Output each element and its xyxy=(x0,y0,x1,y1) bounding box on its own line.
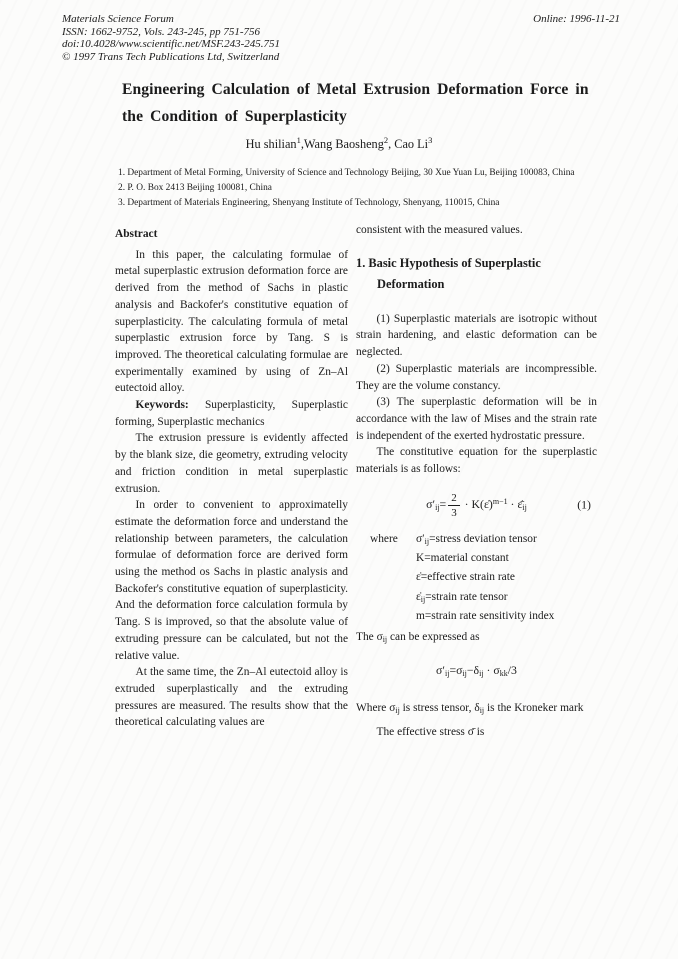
abstract-paragraph: In this paper, the calculating formulae … xyxy=(115,247,348,397)
journal-header: Materials Science Forum ISSN: 1662-9752,… xyxy=(62,13,620,64)
text-part: is the Kroneker mark xyxy=(484,702,583,714)
symbol: σ′ xyxy=(416,533,425,545)
paper-title: Engineering Calculation of Metal Extrusi… xyxy=(122,76,594,130)
eq1-exponent: m−1 xyxy=(493,497,508,506)
eq2-divide-by-3: /3 xyxy=(508,663,517,677)
journal-info-block: Materials Science Forum ISSN: 1662-9752,… xyxy=(62,13,280,64)
left-column: Abstract In this paper, the calculating … xyxy=(115,226,348,731)
equation-1-number: (1) xyxy=(577,497,591,514)
where-item-stress-deviation: σ′ij=stress deviation tensor xyxy=(416,531,597,550)
journal-name: Materials Science Forum xyxy=(62,13,280,26)
eq2-term-sigma-kk: · σ xyxy=(484,663,500,677)
continued-line: consistent with the measured values. xyxy=(356,222,597,239)
affiliation-2: 2. P. O. Box 2413 Beijing 100081, China xyxy=(118,181,604,196)
definition: =material constant xyxy=(424,552,509,564)
text-part: The xyxy=(356,631,377,643)
abstract-heading: Abstract xyxy=(115,226,348,243)
where-definitions: where σ′ij=stress deviation tensor K=mat… xyxy=(356,531,597,627)
eq1-fraction-numerator: 2 xyxy=(448,492,460,506)
intro-paragraph-2: In order to convenient to approximatelly… xyxy=(115,497,348,664)
author-affil-ref-3: 3 xyxy=(428,135,432,145)
doi-line: doi:10.4028/www.scientific.net/MSF.243-2… xyxy=(62,38,280,51)
equation-1: σ′ij=23 · K(ε̇)m−1 · ε̄̇ij(1) xyxy=(356,492,597,519)
eq1-middle-term: · K(ε̇) xyxy=(462,497,493,511)
equation-2: σ′ij=σij−δij · σkk/3 xyxy=(356,662,597,683)
text-part: can be expressed as xyxy=(387,631,479,643)
text-part: is stress tensor, xyxy=(400,702,475,714)
definition: =strain rate sensitivity index xyxy=(425,610,554,622)
eq1-fraction: 23 xyxy=(448,492,460,519)
expressed-as-line: The σij can be expressed as xyxy=(356,629,597,649)
definition: =strain rate tensor xyxy=(425,591,507,603)
eq1-dot-operator: · xyxy=(508,497,518,511)
keywords-line: Keywords: Superplasticity, Superplastic … xyxy=(115,397,348,430)
authors-line: Hu shilian1,Wang Baosheng2, Cao Li3 xyxy=(0,135,678,152)
hypothesis-item-2: (2) Superplastic materials are incompres… xyxy=(356,361,597,394)
definition: =stress deviation tensor xyxy=(429,533,537,545)
eq1-rhs-subscript: ij xyxy=(522,503,526,512)
where-items: σ′ij=stress deviation tensor K=material … xyxy=(416,531,597,627)
text-part: The effective stress xyxy=(377,726,468,738)
intro-paragraph-3: At the same time, the Zn–Al eutectoid al… xyxy=(115,664,348,731)
where-item-effective-strain-rate: ε̇=effective strain rate xyxy=(416,569,597,588)
text-part: Where xyxy=(356,702,389,714)
hypothesis-item-3: (3) The superplastic deformation will be… xyxy=(356,394,597,444)
where-item-strain-rate-tensor: ε̇ij=strain rate tensor xyxy=(416,589,597,608)
intro-paragraph-1: The extrusion pressure is evidently affe… xyxy=(115,430,348,497)
where-label: where xyxy=(370,531,416,627)
keywords-label: Keywords: xyxy=(136,399,189,411)
affiliation-1: 1. Department of Metal Forming, Universi… xyxy=(118,166,604,181)
affiliations-block: 1. Department of Metal Forming, Universi… xyxy=(118,166,604,210)
hypothesis-item-1: (1) Superplastic materials are isotropic… xyxy=(356,311,597,361)
eq2-lhs-symbol: σ′ xyxy=(436,663,445,677)
where-item-sensitivity-index: m=strain rate sensitivity index xyxy=(416,608,597,627)
issn-line: ISSN: 1662-9752, Vols. 243-245, pp 751-7… xyxy=(62,26,280,39)
definition: =effective strain rate xyxy=(421,571,515,583)
effective-stress-line: The effective stress σ̄ is xyxy=(356,724,597,741)
online-date: Online: 1996-11-21 xyxy=(533,13,620,26)
author-name-2: Wang Baosheng xyxy=(304,137,384,151)
symbol: K xyxy=(416,552,424,564)
author-name-3: Cao Li xyxy=(394,137,428,151)
symbol: m xyxy=(416,610,425,622)
eq1-fraction-denominator: 3 xyxy=(448,506,460,519)
section-1-heading: 1. Basic Hypothesis of Superplastic Defo… xyxy=(356,253,597,295)
right-column: consistent with the measured values. 1. … xyxy=(356,222,597,740)
eq1-lhs-symbol: σ′ xyxy=(426,497,435,511)
constitutive-intro: The constitutive equation for the superp… xyxy=(356,444,597,477)
eq2-term-delta: −δ xyxy=(467,663,479,677)
copyright-line: © 1997 Trans Tech Publications Ltd, Swit… xyxy=(62,51,280,64)
eq2-kk-subscript: kk xyxy=(500,669,508,678)
kronecker-note: Where σij is stress tensor, δij is the K… xyxy=(356,698,597,721)
author-name-1: Hu shilian xyxy=(246,137,297,151)
where-item-material-constant: K=material constant xyxy=(416,550,597,569)
affiliation-3: 3. Department of Materials Engineering, … xyxy=(118,196,604,211)
eq2-term-sigma: =σ xyxy=(449,663,462,677)
text-part: is xyxy=(474,726,484,738)
eq1-equals: = xyxy=(440,497,447,511)
paper-page: Materials Science Forum ISSN: 1662-9752,… xyxy=(0,0,678,959)
